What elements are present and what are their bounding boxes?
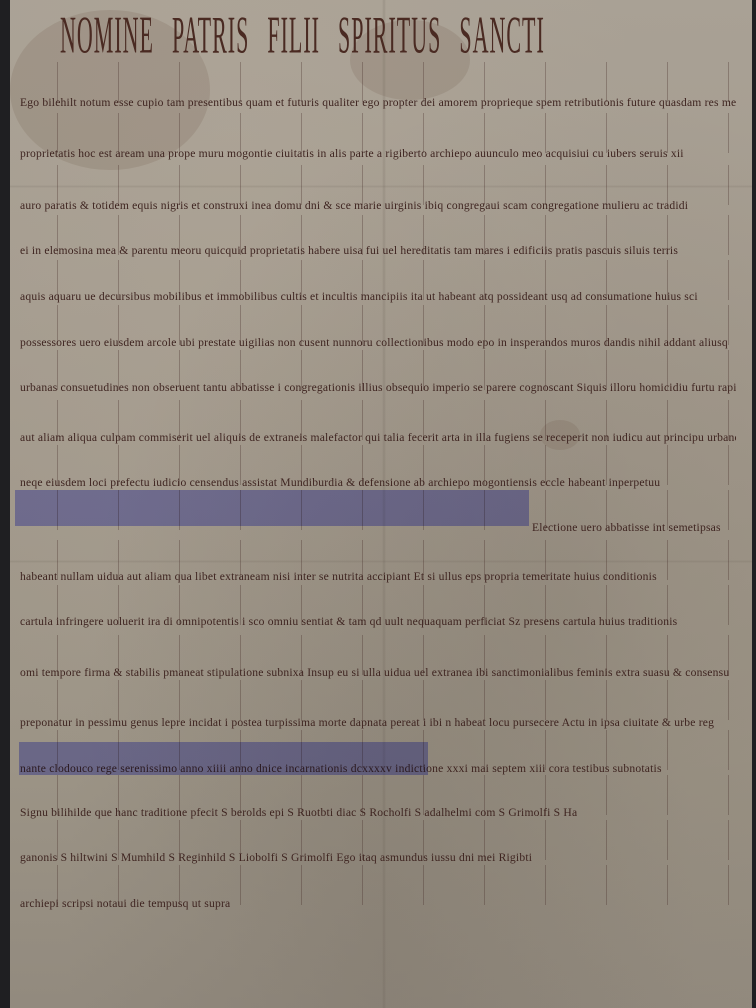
text-line: habeant nullam uidua aut aliam qua libet… — [20, 570, 736, 584]
text-line: ei in elemosina mea & parentu meoru quic… — [20, 244, 736, 258]
text-line: ganonis S hiltwini S Mumhild S Reginhild… — [20, 851, 736, 865]
invocation-heading: IN NOMINE PATRIS ET FILII ET SPIRITUS SA… — [60, 0, 380, 62]
invocation-word: SANCTI — [459, 9, 544, 62]
text-line: aut aliam aliqua culpam commiserit uel a… — [20, 431, 736, 445]
ascender-strokes — [20, 680, 736, 720]
invocation-word: ET FILII — [267, 0, 320, 62]
text-line: aquis aquaru ue decursibus mobilibus et … — [20, 290, 736, 304]
text-line: urbanas consuetudines non obseruent tant… — [20, 381, 736, 395]
text-line: proprietatis hoc est aream una prope mur… — [20, 147, 736, 161]
text-line: omi tempore firma & stabilis pmaneat sti… — [20, 666, 736, 680]
highlight-2[interactable] — [19, 742, 428, 775]
text-line: neqe eiusdem loci prefectu iudicio cense… — [20, 476, 736, 490]
highlight-1[interactable] — [15, 490, 529, 526]
text-line: auro paratis & totidem equis nigris et c… — [20, 199, 736, 213]
text-line: Ego bilehilt notum esse cupio tam presen… — [20, 96, 736, 110]
invocation-word: PATRIS — [172, 9, 249, 62]
text-line: cartula infringere uoluerit ira di omnip… — [20, 615, 736, 629]
text-line: Signu bilihilde que hanc traditione pfec… — [20, 806, 736, 820]
text-line: preponatur in pessimu genus lepre incida… — [20, 716, 736, 730]
text-line: archiepi scripsi notaui die tempusq ut s… — [20, 897, 736, 911]
invocation-word: IN NOMINE — [60, 0, 154, 62]
text-line: Electione uero abbatisse int semetipsas — [532, 521, 742, 535]
text-line: possessores uero eiusdem arcole ubi pres… — [20, 336, 736, 350]
invocation-word: ET SPIRITUS — [338, 0, 441, 62]
